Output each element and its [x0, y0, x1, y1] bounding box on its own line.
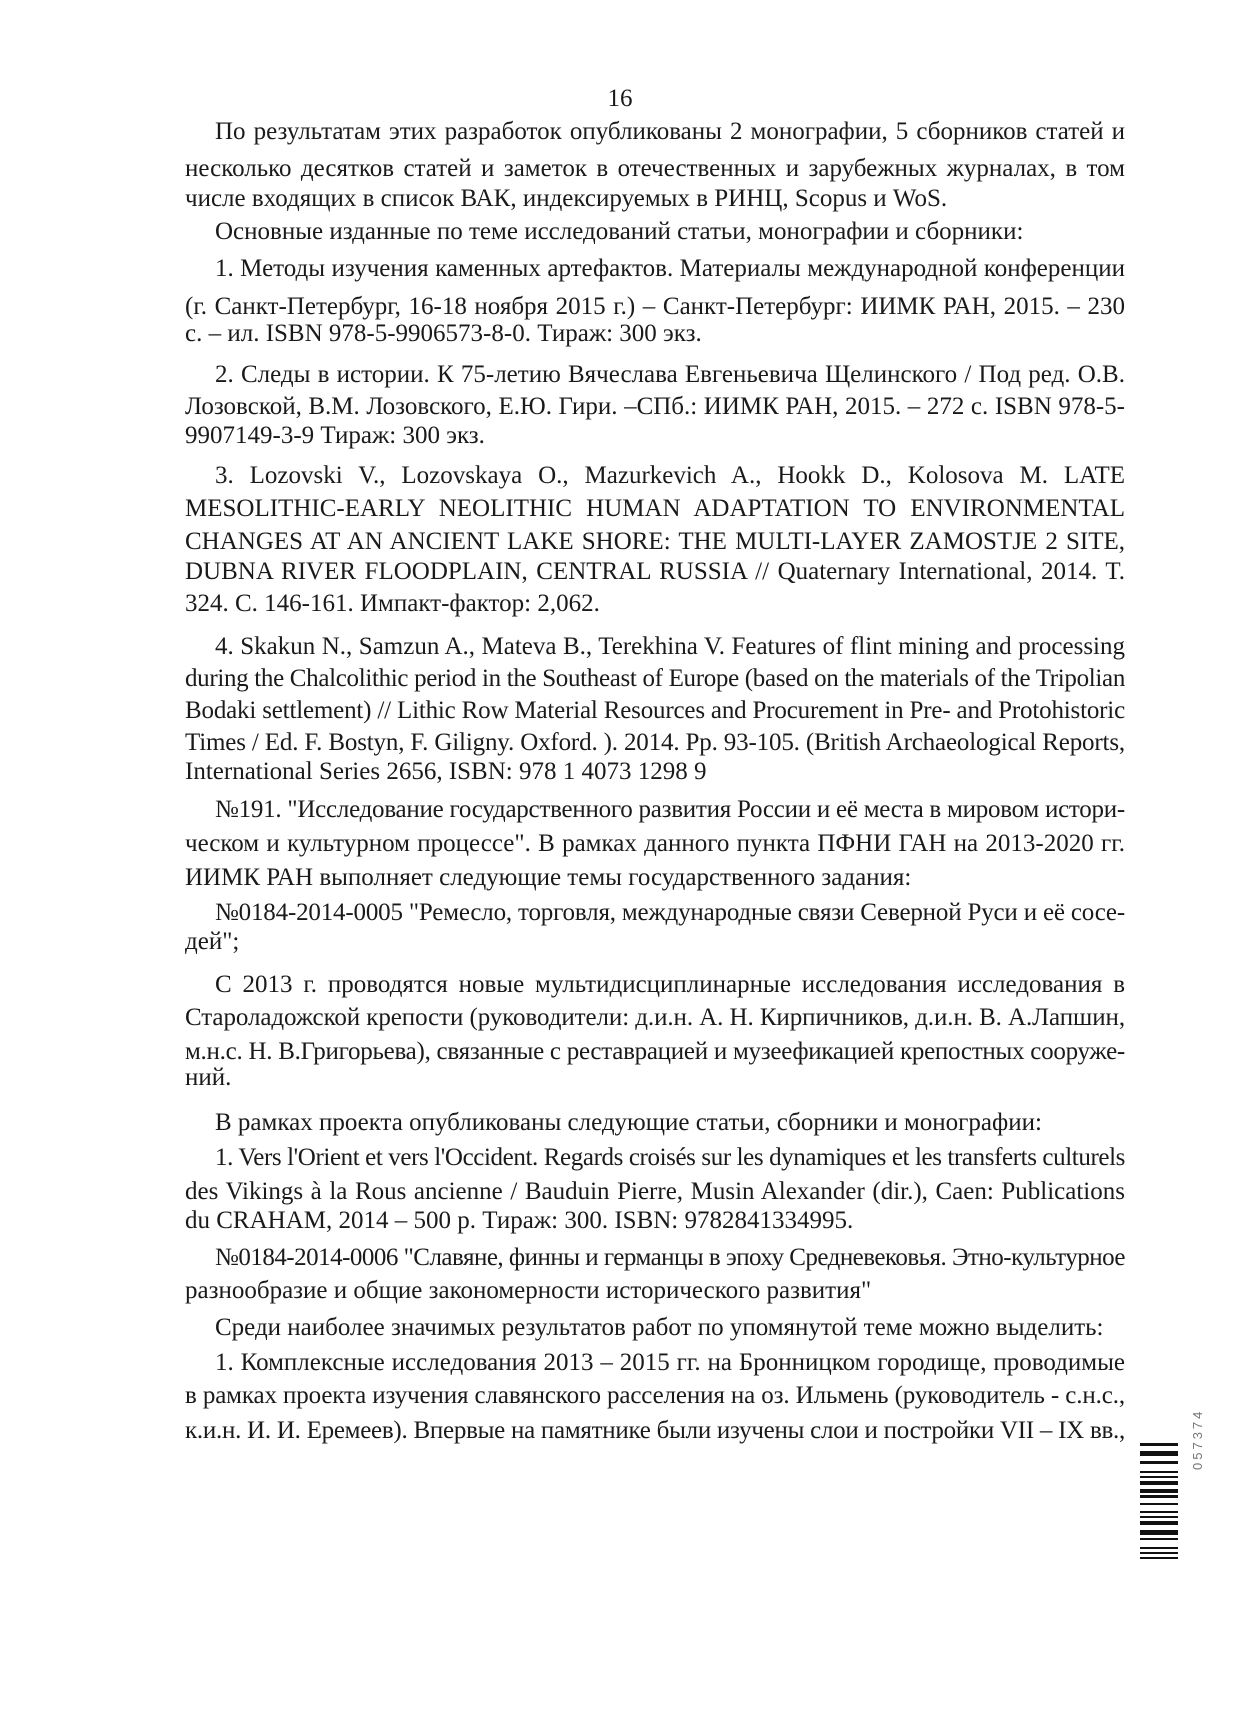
text-line: du CRAHAM, 2014 – 500 р. Тираж: 300. ISB… — [185, 1205, 1125, 1237]
text-line: №191. "Исследование государственного раз… — [215, 794, 1125, 826]
text-line: 1. Vers l'Orient et vers l'Occident. Reg… — [215, 1142, 1125, 1174]
text-line: в рамках проекта изучения славянского ра… — [185, 1380, 1125, 1412]
text-line: разнообразие и общие закономерности исто… — [185, 1275, 1125, 1307]
text-line: CHANGES AT AN ANCIENT LAKE SHORE: THE MU… — [185, 526, 1125, 558]
text-line: DUBNA RIVER FLOODPLAIN, CENTRAL RUSSIA /… — [185, 556, 1125, 588]
text-line: des Vikings à la Rous ancienne / Bauduin… — [185, 1176, 1125, 1208]
text-line: 2. Следы в истории. К 75-летию Вячеслава… — [215, 359, 1125, 391]
text-line: с. – ил. ISBN 978-5-9906573-8-0. Тираж: … — [185, 318, 1125, 350]
text-line: числе входящих в список ВАК, индексируем… — [185, 183, 1125, 215]
text-line: Староладожской крепости (руководители: д… — [185, 1002, 1125, 1034]
text-line: С 2013 г. проводятся новые мультидисципл… — [215, 969, 1125, 1001]
text-line: В рамках проекта опубликованы следующие … — [215, 1107, 1125, 1139]
text-line: Bodaki settlement) // Lithic Row Materia… — [185, 695, 1125, 727]
page-number: 16 — [0, 84, 1240, 114]
text-line: №0184-2014-0006 "Славяне, финны и герман… — [215, 1242, 1125, 1274]
text-line: 4. Skakun N., Samzun A., Mateva B., Tere… — [215, 631, 1125, 663]
text-line: 9907149-3-9 Тираж: 300 экз. — [185, 420, 1125, 452]
text-line: 3. Lozovski V., Lozovskaya O., Mazurkevi… — [215, 460, 1125, 492]
text-line: MESOLITHIC-EARLY NEOLITHIC HUMAN ADAPTAT… — [185, 493, 1125, 525]
barcode-icon — [1140, 1443, 1178, 1561]
text-line: ИИМК РАН выполняет следующие темы госуда… — [185, 862, 1125, 894]
text-line: 324. С. 146-161. Импакт-фактор: 2,062. — [185, 588, 1125, 620]
text-line: during the Chalcolithic period in the So… — [185, 663, 1125, 695]
text-line: Лозовской, В.М. Лозовского, Е.Ю. Гири. –… — [185, 391, 1125, 423]
text-line: Основные изданные по теме исследований с… — [215, 216, 1125, 248]
text-line: Среди наиболее значимых результатов рабо… — [215, 1312, 1125, 1344]
text-line: 1. Методы изучения каменных артефактов. … — [215, 253, 1125, 285]
text-line: По результатам этих разработок опубликов… — [215, 116, 1125, 148]
text-line: к.и.н. И. И. Еремеев). Впервые на памятн… — [185, 1415, 1125, 1447]
text-line: International Series 2656, ISBN: 978 1 4… — [185, 756, 1125, 788]
text-line: ний. — [185, 1062, 1125, 1094]
text-line: дей"; — [185, 926, 1125, 958]
text-line: 1. Комплексные исследования 2013 – 2015 … — [215, 1347, 1125, 1379]
text-line: Times / Ed. F. Bostyn, F. Giligny. Oxfor… — [185, 727, 1125, 759]
barcode-number: 057374 — [1190, 1409, 1205, 1470]
text-line: ческом и культурном процессе". В рамках … — [185, 828, 1125, 860]
text-line: №0184-2014-0005 "Ремесло, торговля, межд… — [215, 897, 1125, 929]
text-line: несколько десятков статей и заметок в от… — [185, 153, 1125, 185]
